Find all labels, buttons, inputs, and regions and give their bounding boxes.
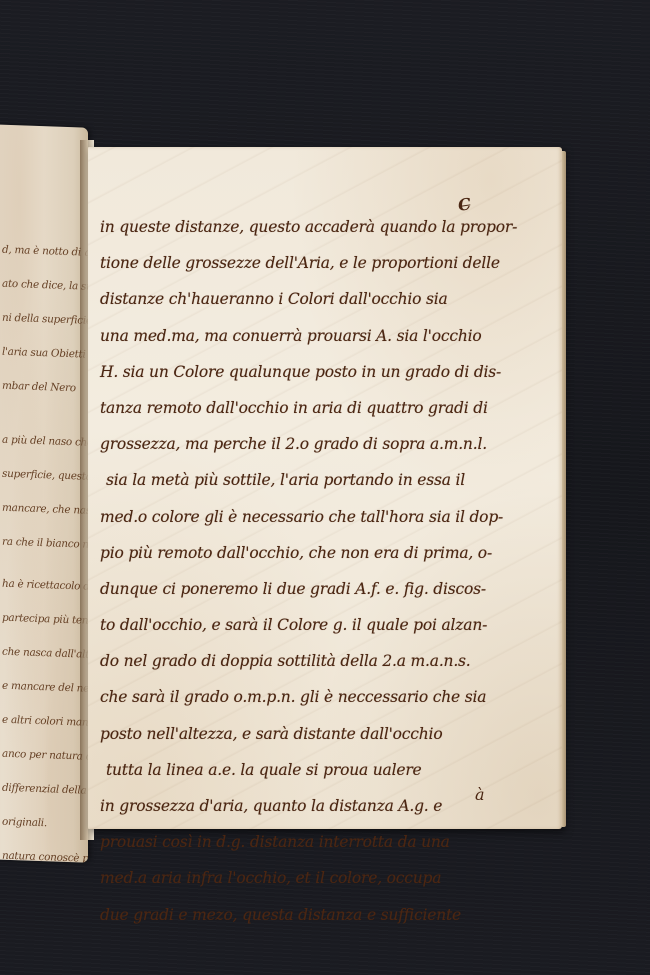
manuscript-line: med.a aria infra l'occhio, et il colore,… xyxy=(100,860,500,896)
catchword: à xyxy=(475,785,485,804)
left-line: originali. xyxy=(2,805,88,842)
manuscript-line: sia la metà più sottile, l'aria portando… xyxy=(100,462,500,498)
manuscript-line: grossezza, ma perche il 2.o grado di sop… xyxy=(100,426,500,462)
left-line: d, ma è notto di quando xyxy=(2,233,88,270)
manuscript-line: che sarà il grado o.m.p.n. gli è neccess… xyxy=(100,679,500,715)
manuscript-line: in queste distanze, questo accaderà quan… xyxy=(100,209,500,245)
manuscript-line: in grossezza d'aria, quanto la distanza … xyxy=(100,788,500,824)
manuscript-line: due gradi e mezo, questa distanza e suff… xyxy=(100,897,500,933)
manuscript-line: una med.ma, ma conuerrà prouarsi A. sia … xyxy=(100,318,500,354)
left-line: anco per natura ogni xyxy=(2,737,88,774)
left-line: partecipa più tenere xyxy=(2,601,88,638)
manuscript-line: tutta la linea a.e. la quale si proua ua… xyxy=(100,752,500,788)
left-line: ato che dice, la superfi xyxy=(2,267,88,304)
left-line: superficie, questa hauea xyxy=(2,457,88,494)
left-line: differenzial della pura xyxy=(2,771,88,808)
manuscript-text: in queste distanze, questo accaderà quan… xyxy=(100,209,500,933)
manuscript-line: pio più remoto dall'occhio, che non era … xyxy=(100,535,500,571)
manuscript-line: do nel grado di doppia sottilità della 2… xyxy=(100,643,500,679)
left-line: ha è ricettacolo d'ogni xyxy=(2,567,88,604)
left-page-text: d, ma è notto di quando ato che dice, la… xyxy=(2,233,88,863)
left-line: che nasca dall'altro super xyxy=(2,635,88,672)
left-line: a più del naso che si xyxy=(2,423,88,460)
left-line: e altri colori maniè xyxy=(2,703,88,740)
manuscript-line: prouasi così in d.g. distanza interrotta… xyxy=(100,824,500,860)
left-line: natura conoscè per mezzo xyxy=(2,839,88,863)
manuscript-line: to dall'occhio, e sarà il Colore g. il q… xyxy=(100,607,500,643)
left-line: l'aria sua Obietti xyxy=(2,335,88,372)
left-line: ra che il bianco non è xyxy=(2,525,88,562)
right-page: C̶ in queste distanze, questo accaderà q… xyxy=(88,147,562,829)
left-line: ni della superficie hau xyxy=(2,301,88,338)
manuscript-line: tione delle grossezze dell'Aria, e le pr… xyxy=(100,245,500,281)
left-line: mbar del Nero xyxy=(2,369,88,406)
left-page-fragment: d, ma è notto di quando ato che dice, la… xyxy=(0,124,88,862)
manuscript-line: med.o colore gli è necessario che tall'h… xyxy=(100,499,500,535)
manuscript-line: posto nell'altezza, e sarà distante dall… xyxy=(100,716,500,752)
manuscript-line: dunque ci poneremo li due gradi A.f. e. … xyxy=(100,571,500,607)
manuscript-line: tanza remoto dall'occhio in aria di quat… xyxy=(100,390,500,426)
left-line: e mancare del nero xyxy=(2,669,88,706)
manuscript-line: H. sia un Colore qualunque posto in un g… xyxy=(100,354,500,390)
manuscript-line: distanze ch'haueranno i Colori dall'occh… xyxy=(100,281,500,317)
left-line: mancare, che nasce dal xyxy=(2,491,88,528)
